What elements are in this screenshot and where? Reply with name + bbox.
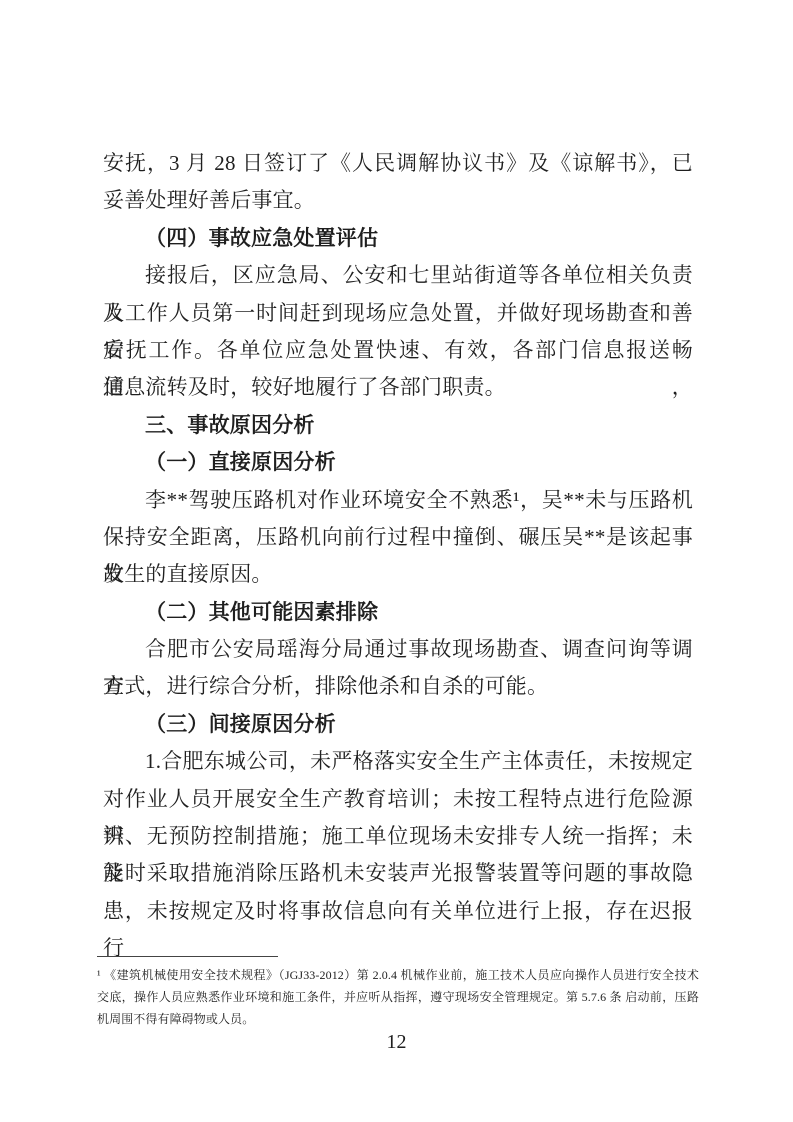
section-heading: 三、事故原因分析 <box>103 407 693 444</box>
body-line: 1.合肥东城公司，未严格落实安全生产主体责任，未按规定 <box>103 743 693 780</box>
footnote-block: ¹ 《建筑机械使用安全技术规程》（JGJ33-2012）第 2.0.4 机械作业… <box>97 956 699 1030</box>
body-line: 对作业人员开展安全生产教育培训；未按工程特点进行危险源辨 <box>103 781 693 818</box>
body-line: 保持安全距离，压路机向前行过程中撞倒、碾压吴**是该起事故 <box>103 519 693 556</box>
body-line: 及时采取措施消除压路机未安装声光报警装置等问题的事故隐 <box>103 855 693 892</box>
body-line: 方式，进行综合分析，排除他杀和自杀的可能。 <box>103 668 693 705</box>
body-line: 识、无预防控制措施；施工单位现场未安排专人统一指挥；未能 <box>103 818 693 855</box>
section-heading: （四）事故应急处置评估 <box>103 220 693 257</box>
body-line: 安抚工作。各单位应急处置快速、有效，各部门信息报送畅通， <box>103 332 693 369</box>
body-line: 患，未按规定及时将事故信息向有关单位进行上报，存在迟报行 <box>103 893 693 930</box>
body-line: 接报后，区应急局、公安和七里站街道等各单位相关负责人 <box>103 257 693 294</box>
body-line: 李**驾驶压路机对作业环境安全不熟悉¹，吴**未与压路机 <box>103 482 693 519</box>
body-line: 合肥市公安局瑶海分局通过事故现场勘查、调查问询等调查 <box>103 631 693 668</box>
section-heading: （三）间接原因分析 <box>103 706 693 743</box>
footnote-line: ¹ 《建筑机械使用安全技术规程》（JGJ33-2012）第 2.0.4 机械作业… <box>97 964 699 986</box>
page-number: 12 <box>0 1030 793 1054</box>
footnote-line: 交底，操作人员应熟悉作业环境和施工条件，并应听从指挥，遵守现场安全管理规定。第 … <box>97 986 699 1008</box>
document-page: 安抚，3 月 28 日签订了《人民调解协议书》及《谅解书》，已妥善处理好善后事宜… <box>0 0 793 1122</box>
footnote-lines: ¹ 《建筑机械使用安全技术规程》（JGJ33-2012）第 2.0.4 机械作业… <box>97 964 699 1030</box>
footnote-separator <box>97 956 278 957</box>
body-line: 安抚，3 月 28 日签订了《人民调解协议书》及《谅解书》，已 <box>103 145 693 182</box>
section-heading: （一）直接原因分析 <box>103 444 693 481</box>
body-line: 妥善处理好善后事宜。 <box>103 182 693 219</box>
section-heading: （二）其他可能因素排除 <box>103 594 693 631</box>
footnote-line: 机周围不得有障碍物或人员。 <box>97 1008 699 1030</box>
document-body: 安抚，3 月 28 日签订了《人民调解协议书》及《谅解书》，已妥善处理好善后事宜… <box>103 145 693 930</box>
body-line: 及工作人员第一时间赶到现场应急处置，并做好现场勘查和善后 <box>103 295 693 332</box>
body-line: 发生的直接原因。 <box>103 556 693 593</box>
